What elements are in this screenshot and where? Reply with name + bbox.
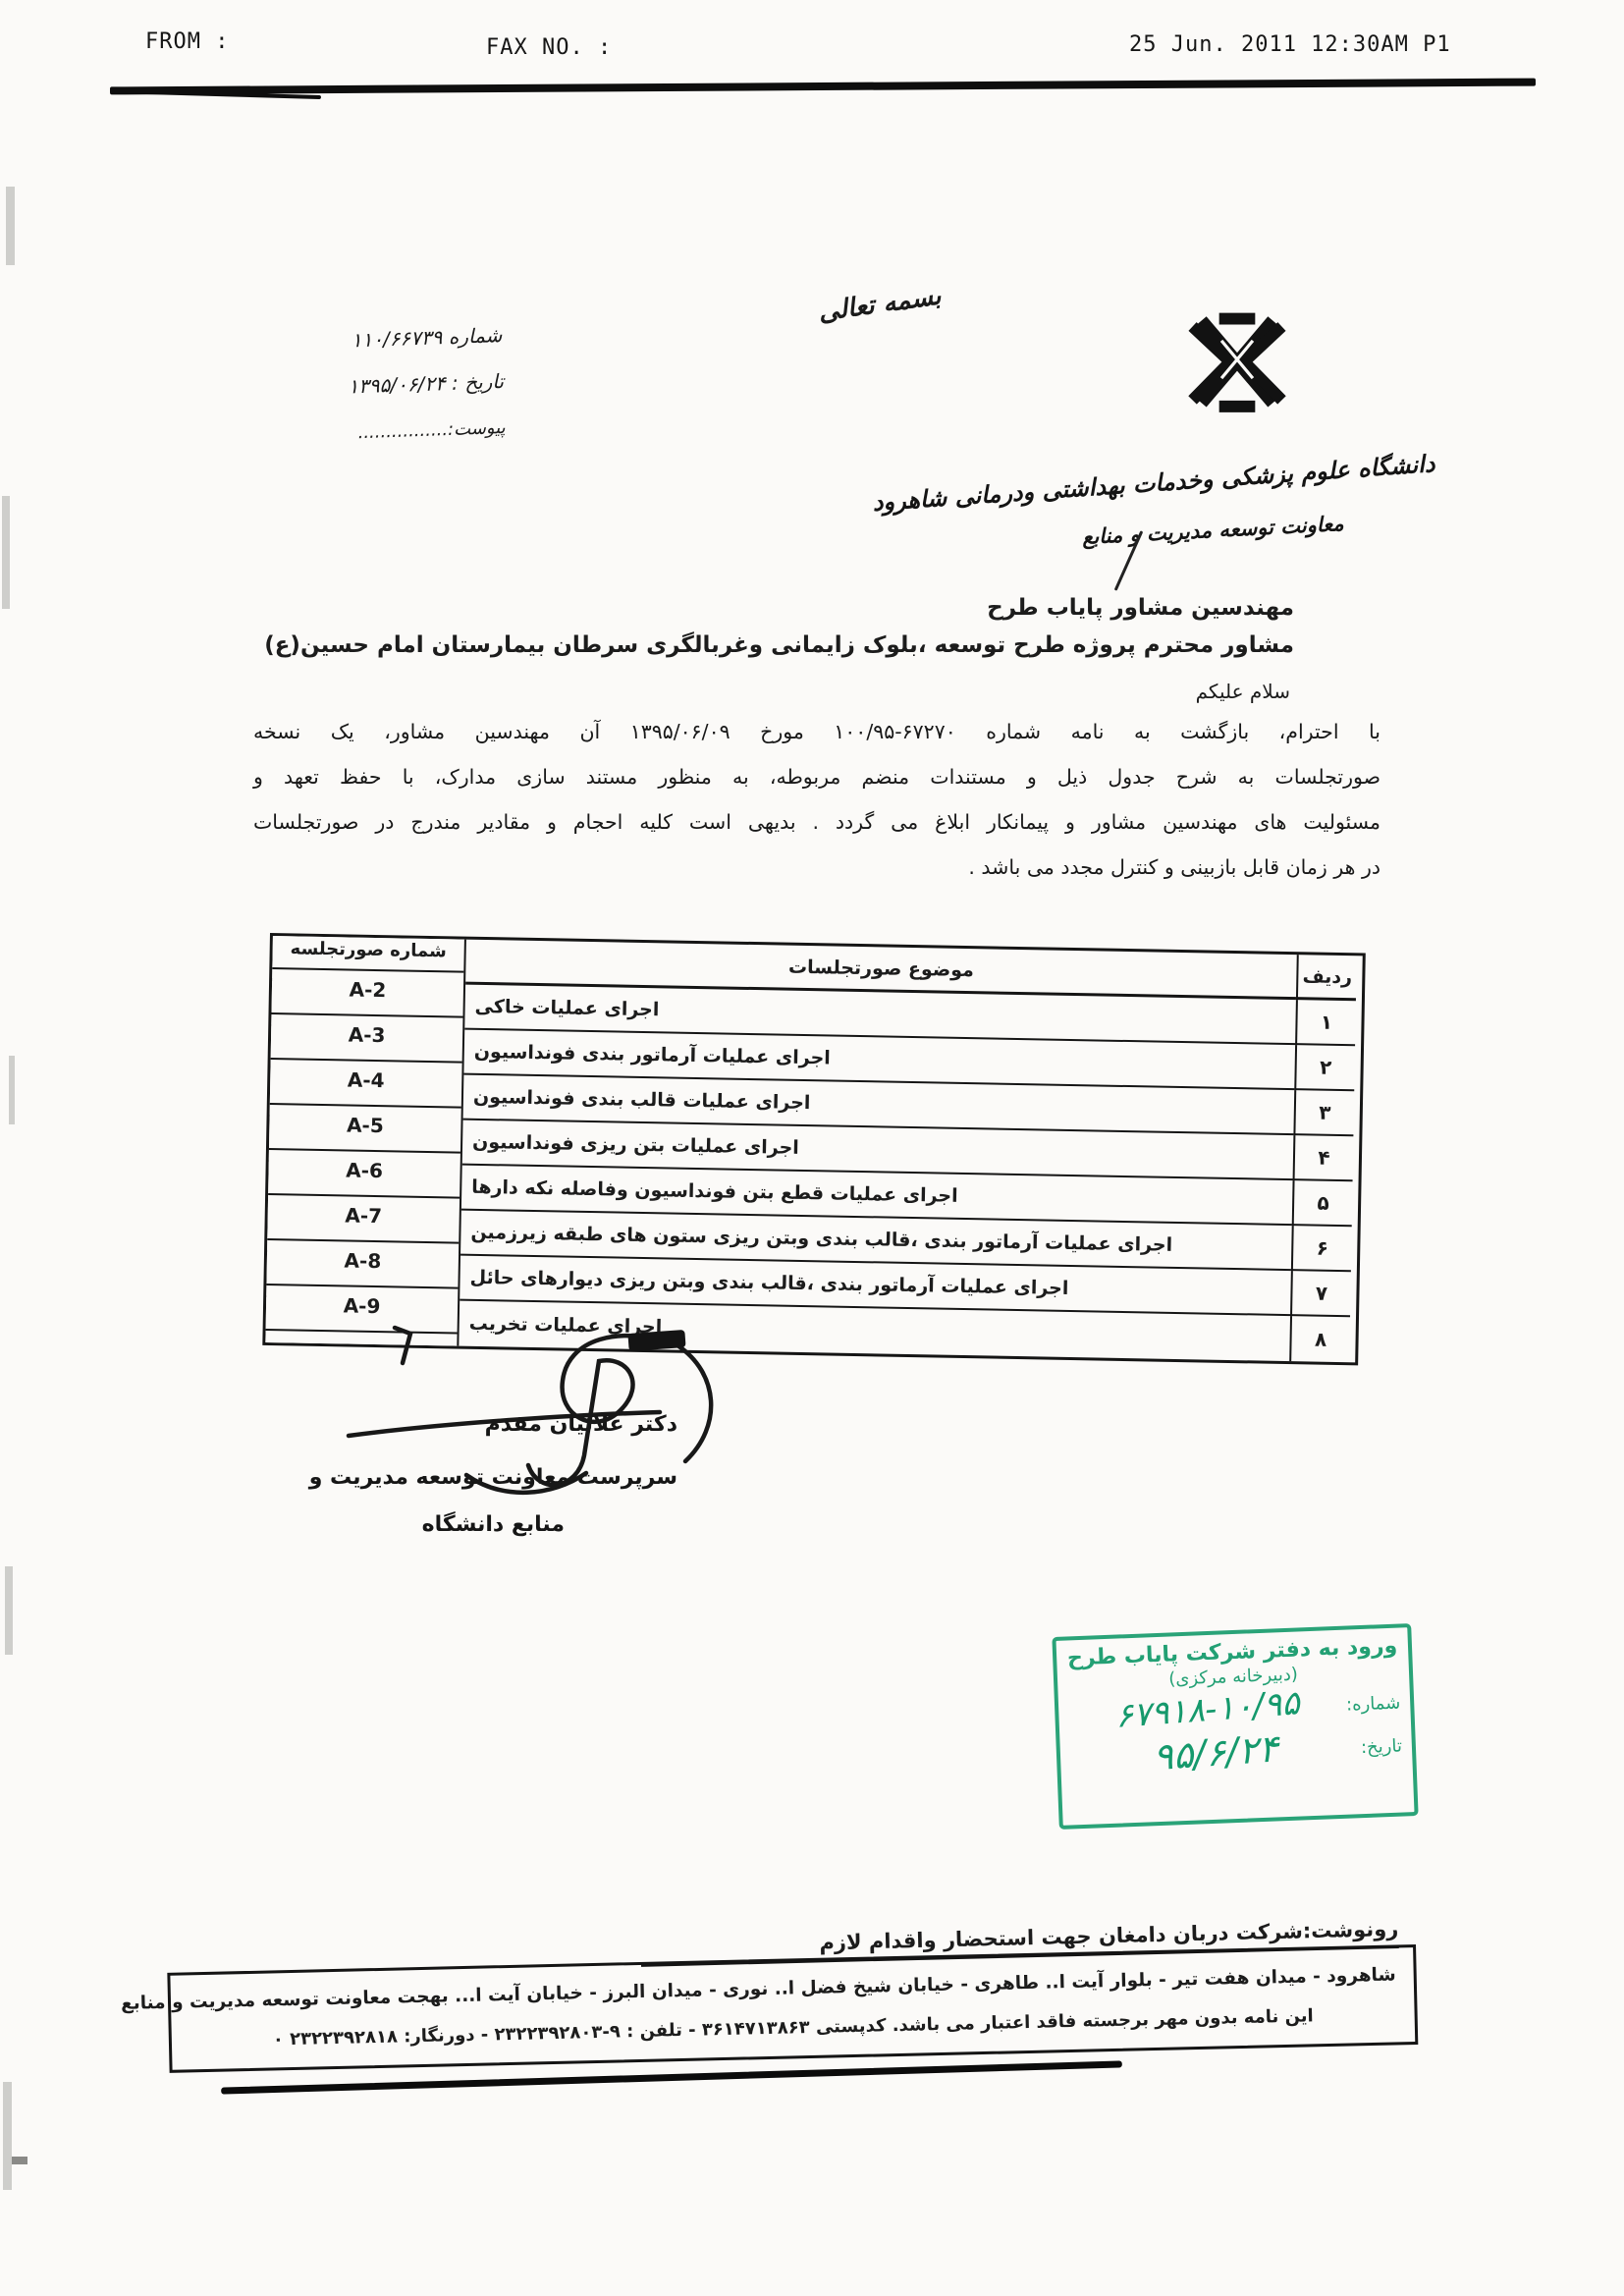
body-line: با احترام، بازگشت به نامه شماره ۶۷۲۷۰-۱۰…	[253, 709, 1380, 754]
minutes-table: موضوع صورتجلسات ردیف اجرای عملیات خاکی ۱…	[262, 933, 1366, 1365]
table-row-number: ۵	[1292, 1180, 1353, 1227]
fax-from-label: FROM :	[145, 29, 229, 54]
footer-validity-note: این نامه بدون مهر برجسته فاقد اعتبار می …	[892, 2005, 1313, 2036]
letter-body: با احترام، بازگشت به نامه شماره ۶۷۲۷۰-۱۰…	[253, 709, 1380, 890]
recipient-line: مهندسین مشاور پایاب طرح	[987, 595, 1294, 621]
body-line: مسئولیت های مهندسین مشاور و پیمانکار ابل…	[253, 799, 1380, 845]
body-line: صورتجلسات به شرح جدول ذیل و مستندات منضم…	[253, 754, 1380, 799]
scan-artifact	[3, 2082, 12, 2190]
attachment-line: پیوست:................	[281, 405, 507, 459]
letterhead-university-name: دانشگاه علوم پزشکی وخدمات بهداشتی ودرمان…	[872, 450, 1436, 517]
minute-code: A-4	[270, 1060, 462, 1109]
table-row-number: ۱	[1295, 1000, 1356, 1046]
stamp-date-label: تاریخ:	[1361, 1735, 1403, 1758]
table-row-number: ۷	[1290, 1271, 1351, 1317]
fax-number-label: FAX NO. :	[486, 35, 612, 60]
minute-code: A-7	[267, 1195, 460, 1244]
scanned-fax-letter: FROM : FAX NO. : 25 Jun. 2011 12:30AM P1…	[0, 0, 1624, 2296]
stamp-number-label: شماره:	[1346, 1692, 1401, 1715]
fax-timestamp: 25 Jun. 2011 12:30AM P1	[1129, 32, 1451, 57]
letterhead-deputy-name: معاونت توسعه مدیریت و منابع	[1082, 512, 1345, 549]
table-row-number: ۴	[1293, 1135, 1354, 1181]
number-value: ۱۱۰/۶۶۷۳۹	[351, 325, 442, 352]
reference-block: شماره ۱۱۰/۶۶۷۳۹ تاریخ : ۱۳۹۵/۰۶/۲۴ پیوست…	[278, 312, 507, 459]
footer-address-box: شاهرود - میدان هفت تیر - بلوار آیت ا.. ط…	[167, 1944, 1418, 2073]
scan-artifact	[5, 1566, 13, 1655]
table-header-row-no: ردیف	[1296, 955, 1357, 1001]
minute-code: A-5	[269, 1105, 461, 1154]
minute-code: A-6	[268, 1150, 460, 1199]
bismillah-script: بسمه تعالی	[817, 281, 944, 327]
table-row-number: ۳	[1293, 1090, 1354, 1136]
subject-line: مشاور محترم پروژه طرح توسعه ،بلوک زایمان…	[264, 632, 1294, 658]
signature-scribble	[334, 1306, 805, 1532]
table-row-number: ۸	[1289, 1316, 1350, 1362]
minute-code: A-2	[271, 969, 463, 1018]
scan-artifact	[12, 2157, 27, 2164]
scan-artifact	[9, 1056, 15, 1124]
table-header-minute-no: شماره صورتجلسه	[272, 936, 464, 973]
footer-contact: کدپستی ۳۶۱۴۷۱۳۸۶۳ - تلفن : ۹-۲۳۲۲۳۹۲۸۰۳ …	[273, 2015, 887, 2050]
scan-artifact	[6, 187, 15, 265]
date-value: ۱۳۹۵/۰۶/۲۴	[348, 371, 446, 398]
body-line: در هر زمان قابل بازبینی و کنترل مجدد می …	[253, 845, 1380, 890]
minutes-table-grid: موضوع صورتجلسات ردیف اجرای عملیات خاکی ۱…	[265, 936, 1362, 1362]
minute-code: A-8	[266, 1240, 459, 1289]
date-label: تاریخ :	[452, 369, 505, 395]
table-row-number: ۲	[1294, 1045, 1355, 1091]
number-label: شماره	[448, 323, 502, 349]
reference-date-line: تاریخ : ۱۳۹۵/۰۶/۲۴	[279, 358, 505, 412]
minute-code: A-3	[271, 1014, 463, 1064]
minute-number-column: شماره صورتجلسه A-2 A-3 A-4 A-5 A-6 A-7 A…	[265, 936, 466, 1346]
reference-number-line: شماره ۱۱۰/۶۶۷۳۹	[278, 312, 504, 366]
salutation: سلام علیکم	[1196, 680, 1290, 703]
scan-artifact	[2, 496, 10, 609]
university-logo-icon	[1178, 309, 1296, 425]
registry-stamp: ورود به دفتر شرکت پایاب طرح (دبیرخانه مر…	[1052, 1623, 1418, 1830]
table-row-number: ۶	[1291, 1226, 1352, 1272]
fax-divider-line	[110, 79, 1536, 95]
